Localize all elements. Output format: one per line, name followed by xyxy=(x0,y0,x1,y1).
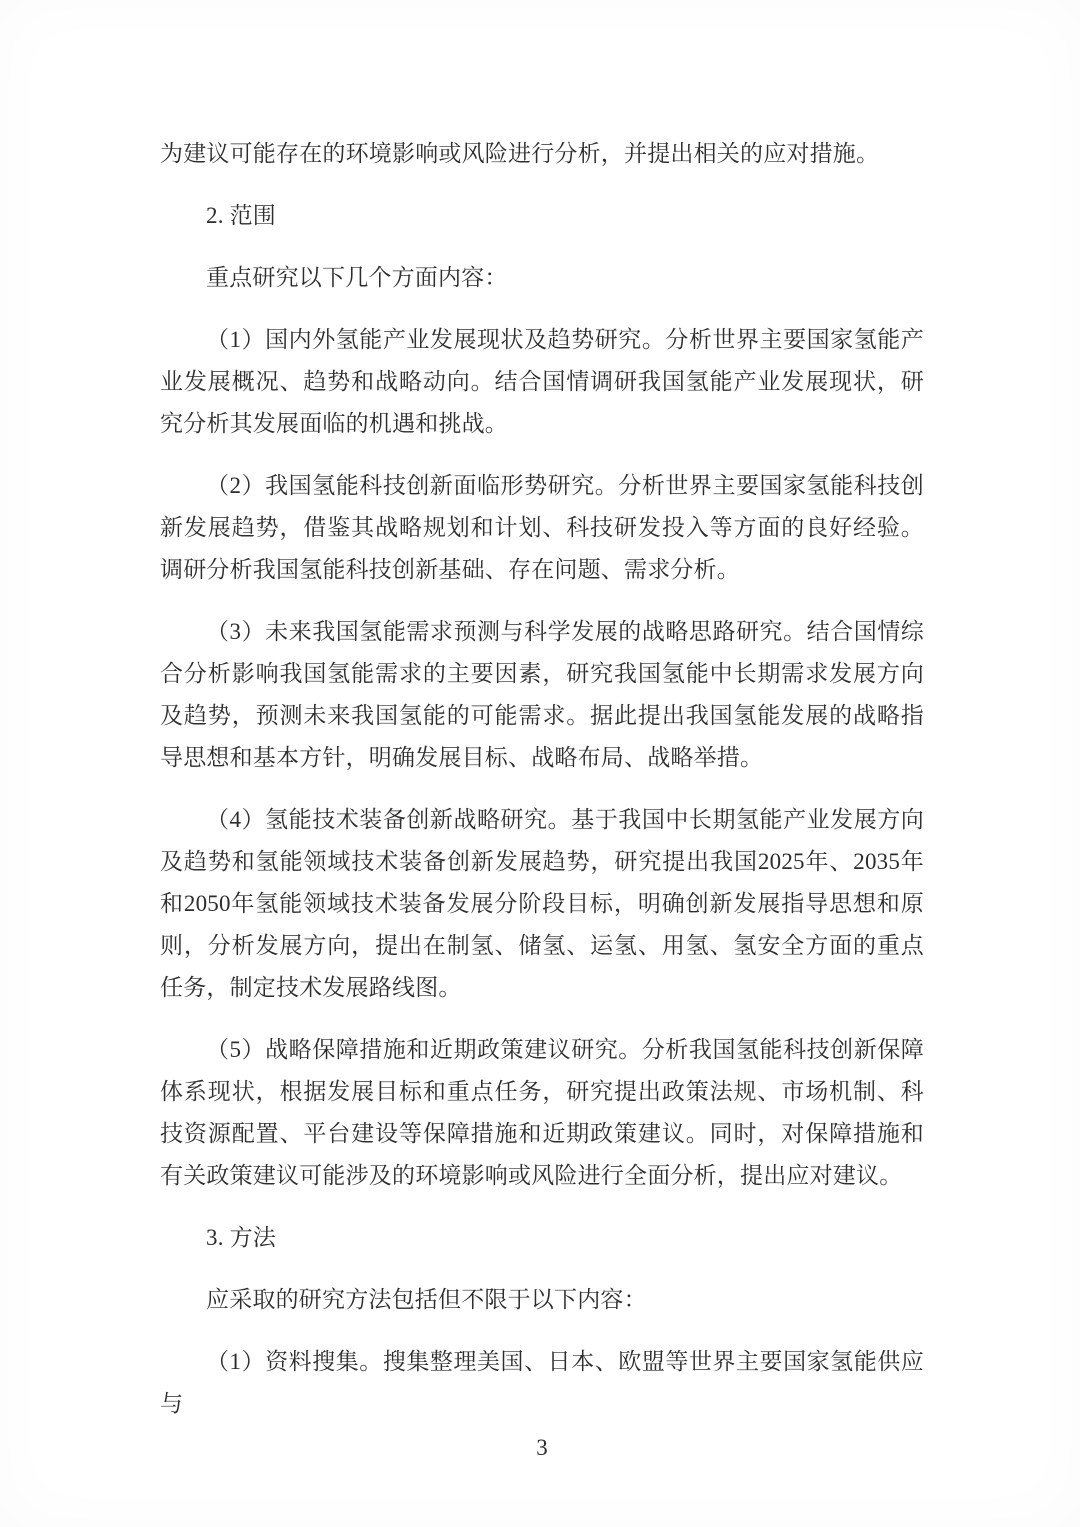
scope-item-1: （1）国内外氢能产业发展现状及趋势研究。分析世界主要国家氢能产业发展概况、趋势和… xyxy=(160,319,924,445)
method-item-1: （1）资料搜集。搜集整理美国、日本、欧盟等世界主要国家氢能供应与 xyxy=(160,1341,924,1425)
scope-item-4: （4）氢能技术装备创新战略研究。基于我国中长期氢能产业发展方向及趋势和氢能领域技… xyxy=(160,799,924,1009)
paragraph-continuation: 为建议可能存在的环境影响或风险进行分析，并提出相关的应对措施。 xyxy=(160,133,924,175)
document-page: 为建议可能存在的环境影响或风险进行分析，并提出相关的应对措施。 2. 范围 重点… xyxy=(0,0,1080,1527)
scope-item-2: （2）我国氢能科技创新面临形势研究。分析世界主要国家氢能科技创新发展趋势，借鉴其… xyxy=(160,465,924,591)
method-lead-sentence: 应采取的研究方法包括但不限于以下内容： xyxy=(160,1279,924,1321)
scope-item-5: （5）战略保障措施和近期政策建议研究。分析我国氢能科技创新保障体系现状，根据发展… xyxy=(160,1029,924,1197)
page-number: 3 xyxy=(160,1427,924,1469)
section-heading-scope: 2. 范围 xyxy=(160,195,924,237)
scope-lead-sentence: 重点研究以下几个方面内容： xyxy=(160,257,924,299)
section-heading-method: 3. 方法 xyxy=(160,1217,924,1259)
scope-item-3: （3）未来我国氢能需求预测与科学发展的战略思路研究。结合国情综合分析影响我国氢能… xyxy=(160,611,924,779)
